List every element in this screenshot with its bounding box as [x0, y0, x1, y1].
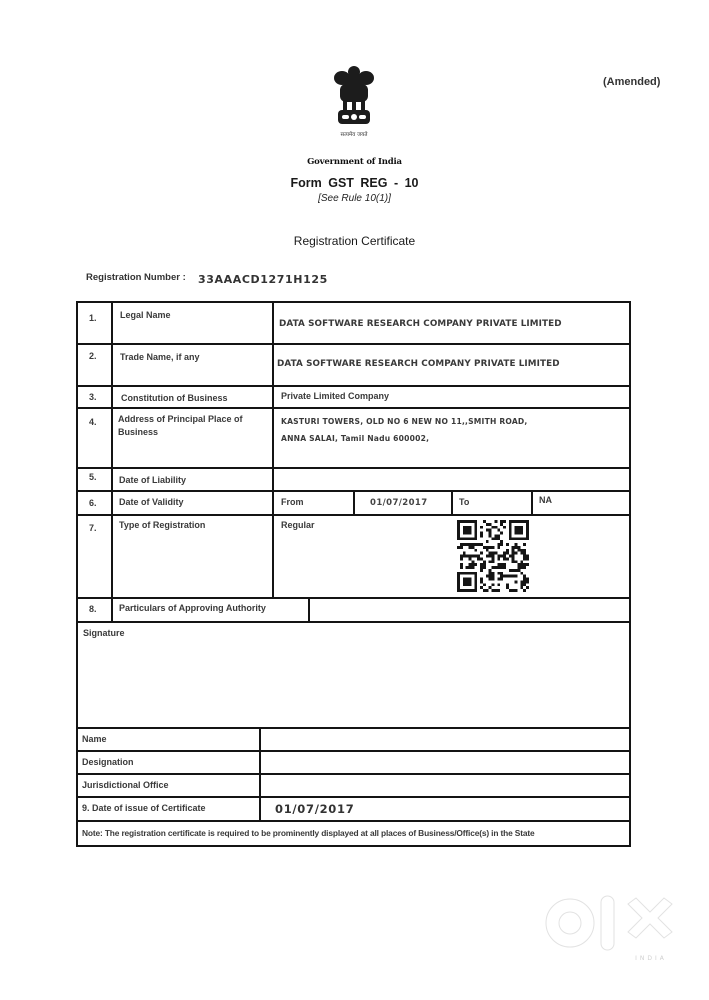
row-number: 5.: [89, 472, 97, 482]
designation-label: Designation: [82, 757, 134, 767]
amended-label: (Amended): [603, 76, 660, 88]
table-border-left: [76, 301, 78, 847]
validity-to-label: To: [459, 497, 469, 507]
trade-name-value: DATA SOFTWARE RESEARCH COMPANY PRIVATE L…: [277, 359, 560, 369]
address-label: Address of Principal Place of Business: [118, 413, 268, 439]
divider: [531, 490, 533, 516]
divider: [76, 597, 631, 599]
divider: [76, 796, 631, 798]
address-line-2: ANNA SALAI, Tamil Nadu 600002,: [281, 430, 429, 448]
signature-label: Signature: [83, 628, 125, 638]
divider: [272, 301, 274, 599]
table-border-right: [629, 301, 631, 847]
validity-from-label: From: [281, 497, 304, 507]
divider: [76, 727, 631, 729]
name-label: Name: [82, 734, 107, 744]
validity-from-value: 01/07/2017: [370, 498, 428, 508]
registration-number-value: 33AAACD1271H125: [198, 273, 328, 286]
validity-to-value: NA: [539, 495, 552, 505]
row-number: 8.: [89, 604, 97, 614]
divider: [76, 385, 631, 387]
row-number: 6.: [89, 498, 97, 508]
registration-type-value: Regular: [281, 520, 315, 530]
legal-name-value: DATA SOFTWARE RESEARCH COMPANY PRIVATE L…: [279, 319, 562, 329]
registration-number-label: Registration Number :: [86, 272, 186, 283]
form-title: Form GST REG - 10: [0, 176, 709, 190]
row-number: 3.: [89, 392, 97, 402]
registration-type-label: Type of Registration: [119, 520, 205, 530]
divider: [76, 343, 631, 345]
divider: [76, 750, 631, 752]
constitution-label: Constitution of Business: [121, 393, 228, 403]
address-line-1: KASTURI TOWERS, OLD NO 6 NEW NO 11,,SMIT…: [281, 413, 528, 431]
row-number: 1.: [89, 313, 97, 323]
trade-name-label: Trade Name, if any: [120, 352, 200, 362]
display-note: Note: The registration certificate is re…: [82, 828, 535, 838]
divider: [76, 301, 631, 303]
divider: [76, 407, 631, 409]
divider: [451, 490, 453, 516]
rule-reference: [See Rule 10(1)]: [0, 193, 709, 204]
issue-date-label: 9. Date of issue of Certificate: [82, 803, 206, 813]
divider: [259, 727, 261, 822]
issue-date-value: 01/07/2017: [275, 802, 354, 816]
liability-date-label: Date of Liability: [119, 475, 186, 485]
divider: [76, 773, 631, 775]
legal-name-label: Legal Name: [120, 310, 171, 320]
national-emblem-icon: सत्यमेव जयते: [326, 60, 382, 140]
divider: [76, 845, 631, 847]
document-title: Registration Certificate: [0, 234, 709, 248]
svg-text:सत्यमेव जयते: सत्यमेव जयते: [340, 131, 368, 138]
validity-label: Date of Validity: [119, 497, 184, 507]
row-number: 7.: [89, 523, 97, 533]
divider: [353, 490, 355, 516]
constitution-value: Private Limited Company: [281, 391, 389, 401]
divider: [76, 820, 631, 822]
olx-watermark-logo: INDIA: [544, 888, 676, 968]
jurisdictional-office-label: Jurisdictional Office: [82, 780, 169, 790]
qr-code-icon: [457, 520, 529, 592]
government-heading: Government of India: [0, 157, 709, 167]
divider: [76, 467, 631, 469]
approving-authority-label: Particulars of Approving Authority: [119, 603, 266, 613]
divider: [308, 597, 310, 623]
divider: [76, 621, 631, 623]
svg-text:INDIA: INDIA: [635, 955, 667, 962]
row-number: 2.: [89, 351, 97, 361]
row-number: 4.: [89, 417, 97, 427]
divider: [111, 301, 113, 623]
signature-area: [79, 640, 627, 724]
